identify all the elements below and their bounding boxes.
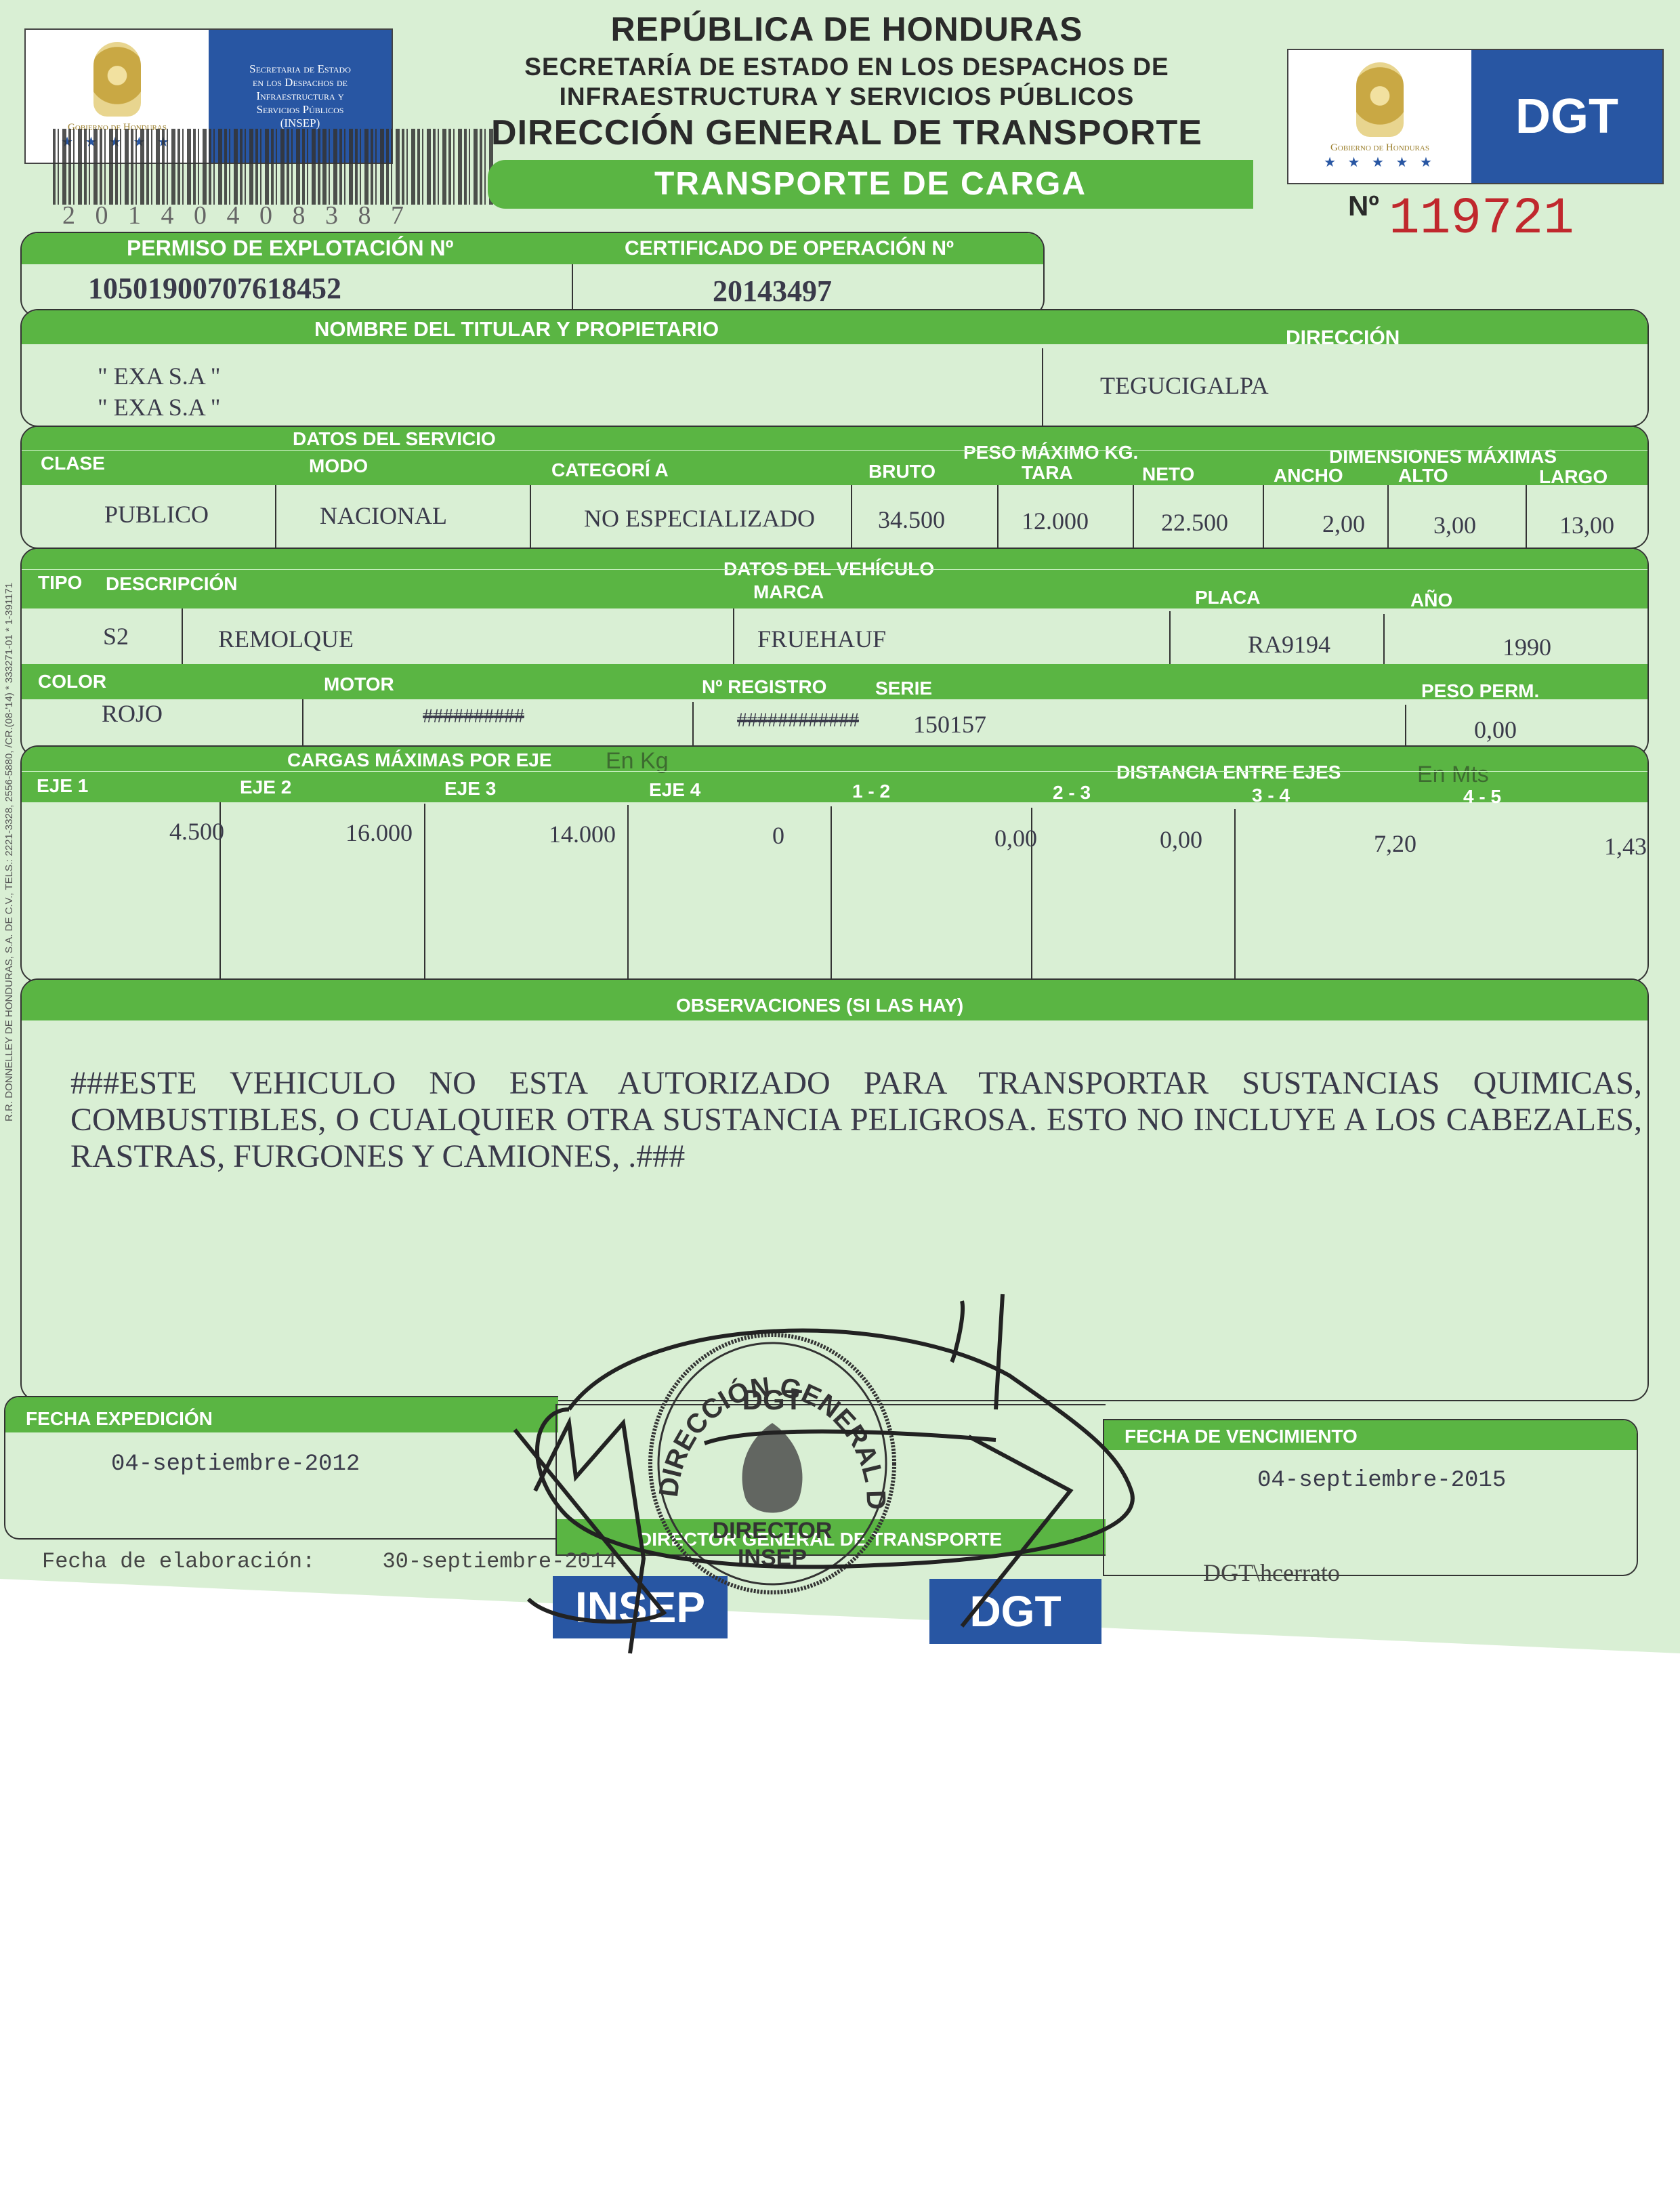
gobierno-label: Gobierno de Honduras: [1330, 142, 1429, 154]
servicio-box: DATOS DEL SERVICIO PESO MÁXIMO KG. DIMEN…: [20, 426, 1649, 549]
distancia-unit-note: En Mts: [1417, 762, 1489, 788]
observaciones-label: OBSERVACIONES (SI LAS HAY): [676, 995, 963, 1016]
col-dist-3-4: 3 - 4: [1252, 785, 1290, 806]
vehiculo-box: DATOS DEL VEHÍCULO TIPO DESCRIPCIÓN MARC…: [20, 548, 1649, 758]
permiso-certificado-box: PERMISO DE EXPLOTACIÓN Nº CERTIFICADO DE…: [20, 232, 1045, 317]
dist-4-5-value: 1,43: [1604, 832, 1647, 861]
agency-line: (INSEP): [280, 117, 320, 130]
descripcion-value: REMOLQUE: [218, 625, 354, 653]
col-dist-2-3: 2 - 3: [1053, 782, 1091, 804]
col-clase: CLASE: [41, 453, 105, 474]
col-tipo: TIPO: [38, 572, 82, 594]
agency-line: en los Despachos de: [253, 76, 348, 89]
serie-value: 150157: [913, 710, 986, 739]
serial-value: 119721: [1389, 190, 1574, 248]
distancia-section-label: DISTANCIA ENTRE EJES: [1116, 762, 1341, 783]
direccion-value: TEGUCIGALPA: [1100, 371, 1269, 400]
peso-perm-value: 0,00: [1474, 716, 1517, 744]
col-placa: PLACA: [1195, 587, 1260, 608]
col-marca: MARCA: [753, 581, 824, 603]
col-peso-perm: PESO PERM.: [1421, 680, 1539, 702]
honduras-crest-icon: [1356, 62, 1404, 137]
signature: [467, 1274, 1179, 1667]
dist-3-4-value: 7,20: [1374, 829, 1416, 858]
direccion-title: DIRECCIÓN GENERAL DE TRANSPORTE: [474, 112, 1219, 153]
categoria-value: NO ESPECIALIZADO: [584, 504, 815, 533]
marca-value: FRUEHAUF: [757, 625, 886, 653]
eje3-value: 14.000: [549, 820, 616, 848]
secretaria-line1: SECRETARÍA DE ESTADO EN LOS DESPACHOS DE: [474, 53, 1219, 81]
titular-name-line: " EXA S.A ": [98, 362, 220, 390]
col-neto: NETO: [1142, 463, 1194, 485]
eje2-value: 16.000: [345, 819, 413, 847]
anio-value: 1990: [1503, 633, 1551, 661]
vencimiento-value: 04-septiembre-2015: [1257, 1468, 1506, 1493]
agency-line: Secretaria de Estado: [249, 62, 351, 76]
col-registro: Nº REGISTRO: [702, 676, 826, 698]
bruto-value: 34.500: [878, 505, 945, 534]
dgt-acronym: DGT: [1471, 50, 1662, 183]
col-ancho: ANCHO: [1274, 465, 1343, 487]
col-serie: SERIE: [875, 678, 932, 699]
ejes-box: CARGAS MÁXIMAS POR EJE En Kg DISTANCIA E…: [20, 745, 1649, 983]
col-motor: MOTOR: [324, 674, 394, 695]
titular-label: NOMBRE DEL TITULAR Y PROPIETARIO: [314, 317, 719, 342]
certificado-label: CERTIFICADO DE OPERACIÓN Nº: [625, 237, 954, 260]
barcode: [324, 129, 493, 205]
direccion-label: DIRECCIÓN: [1286, 327, 1400, 350]
col-tara: TARA: [1022, 462, 1073, 484]
col-eje4: EJE 4: [649, 779, 700, 801]
col-descripcion: DESCRIPCIÓN: [106, 573, 237, 595]
motor-value: ##########: [423, 705, 524, 728]
dist-2-3-value: 0,00: [1160, 825, 1202, 854]
certificado-value: 20143497: [713, 274, 832, 308]
agency-line: Infraestructura y: [256, 89, 343, 103]
neto-value: 22.500: [1161, 508, 1228, 537]
dgt-logo: Gobierno de Honduras ★ ★ ★ ★ ★ DGT: [1287, 49, 1664, 184]
col-eje2: EJE 2: [240, 777, 291, 798]
titular-box: NOMBRE DEL TITULAR Y PROPIETARIO DIRECCI…: [20, 309, 1649, 427]
largo-value: 13,00: [1559, 511, 1614, 539]
tara-value: 12.000: [1022, 507, 1089, 535]
stars-icon: ★ ★ ★ ★ ★: [1324, 154, 1436, 171]
titular-name-line: " EXA S.A ": [98, 393, 220, 421]
modo-value: NACIONAL: [320, 501, 447, 530]
user-id: DGT\hcerrato: [1203, 1559, 1340, 1587]
ancho-value: 2,00: [1322, 510, 1365, 538]
registro-value: ############: [737, 709, 859, 732]
permiso-value: 10501900707618452: [88, 271, 341, 306]
alto-value: 3,00: [1433, 511, 1476, 539]
observaciones-text: ###ESTE VEHICULO NO ESTA AUTORIZADO PARA…: [70, 1065, 1642, 1175]
expedicion-value: 04-septiembre-2012: [111, 1451, 360, 1477]
col-modo: MODO: [309, 455, 368, 477]
barcode-digits: 2 0 1 4 0 4 0 8 3 8 7: [62, 201, 411, 230]
expedicion-label: FECHA EXPEDICIÓN: [26, 1408, 213, 1430]
agency-line: Servicios Públicos: [257, 103, 344, 117]
document-type-banner: TRANSPORTE DE CARGA: [488, 160, 1253, 209]
col-color: COLOR: [38, 671, 106, 693]
col-dist-4-5: 4 - 5: [1463, 786, 1501, 808]
col-largo: LARGO: [1539, 466, 1608, 488]
eje4-value: 0: [772, 821, 784, 850]
col-categoria: CATEGORÍ A: [551, 459, 669, 481]
col-eje1: EJE 1: [37, 775, 88, 797]
cargas-section-label: CARGAS MÁXIMAS POR EJE: [287, 749, 552, 771]
barcode: [53, 129, 324, 205]
honduras-crest-icon: [93, 42, 141, 117]
republic-title: REPÚBLICA DE HONDURAS: [474, 9, 1219, 49]
col-anio: AÑO: [1410, 590, 1452, 611]
col-dist-1-2: 1 - 2: [852, 781, 890, 802]
elaboracion-label: Fecha de elaboración:: [42, 1549, 315, 1574]
printer-note: R.R. DONNELLEY DE HONDURAS, S.A. DE C.V.…: [3, 559, 17, 1121]
tipo-value: S2: [103, 622, 129, 651]
col-bruto: BRUTO: [868, 461, 936, 482]
secretaria-line2: INFRAESTRUCTURA Y SERVICIOS PÚBLICOS: [474, 83, 1219, 111]
col-eje3: EJE 3: [444, 778, 496, 800]
placa-value: RA9194: [1248, 630, 1330, 659]
vencimiento-box: FECHA DE VENCIMIENTO 04-septiembre-2015: [1103, 1419, 1638, 1576]
eje1-value: 4.500: [169, 817, 224, 846]
color-value: ROJO: [102, 699, 163, 728]
serial-label: Nº: [1348, 190, 1379, 222]
peso-label: PESO MÁXIMO KG.: [963, 442, 1138, 463]
serial-number: Nº 119721: [1348, 190, 1574, 248]
col-alto: ALTO: [1398, 465, 1448, 487]
clase-value: PUBLICO: [104, 500, 209, 529]
permiso-label: PERMISO DE EXPLOTACIÓN Nº: [127, 236, 453, 261]
dist-1-2-value: 0,00: [994, 824, 1037, 852]
servicio-section-label: DATOS DEL SERVICIO: [293, 428, 496, 450]
